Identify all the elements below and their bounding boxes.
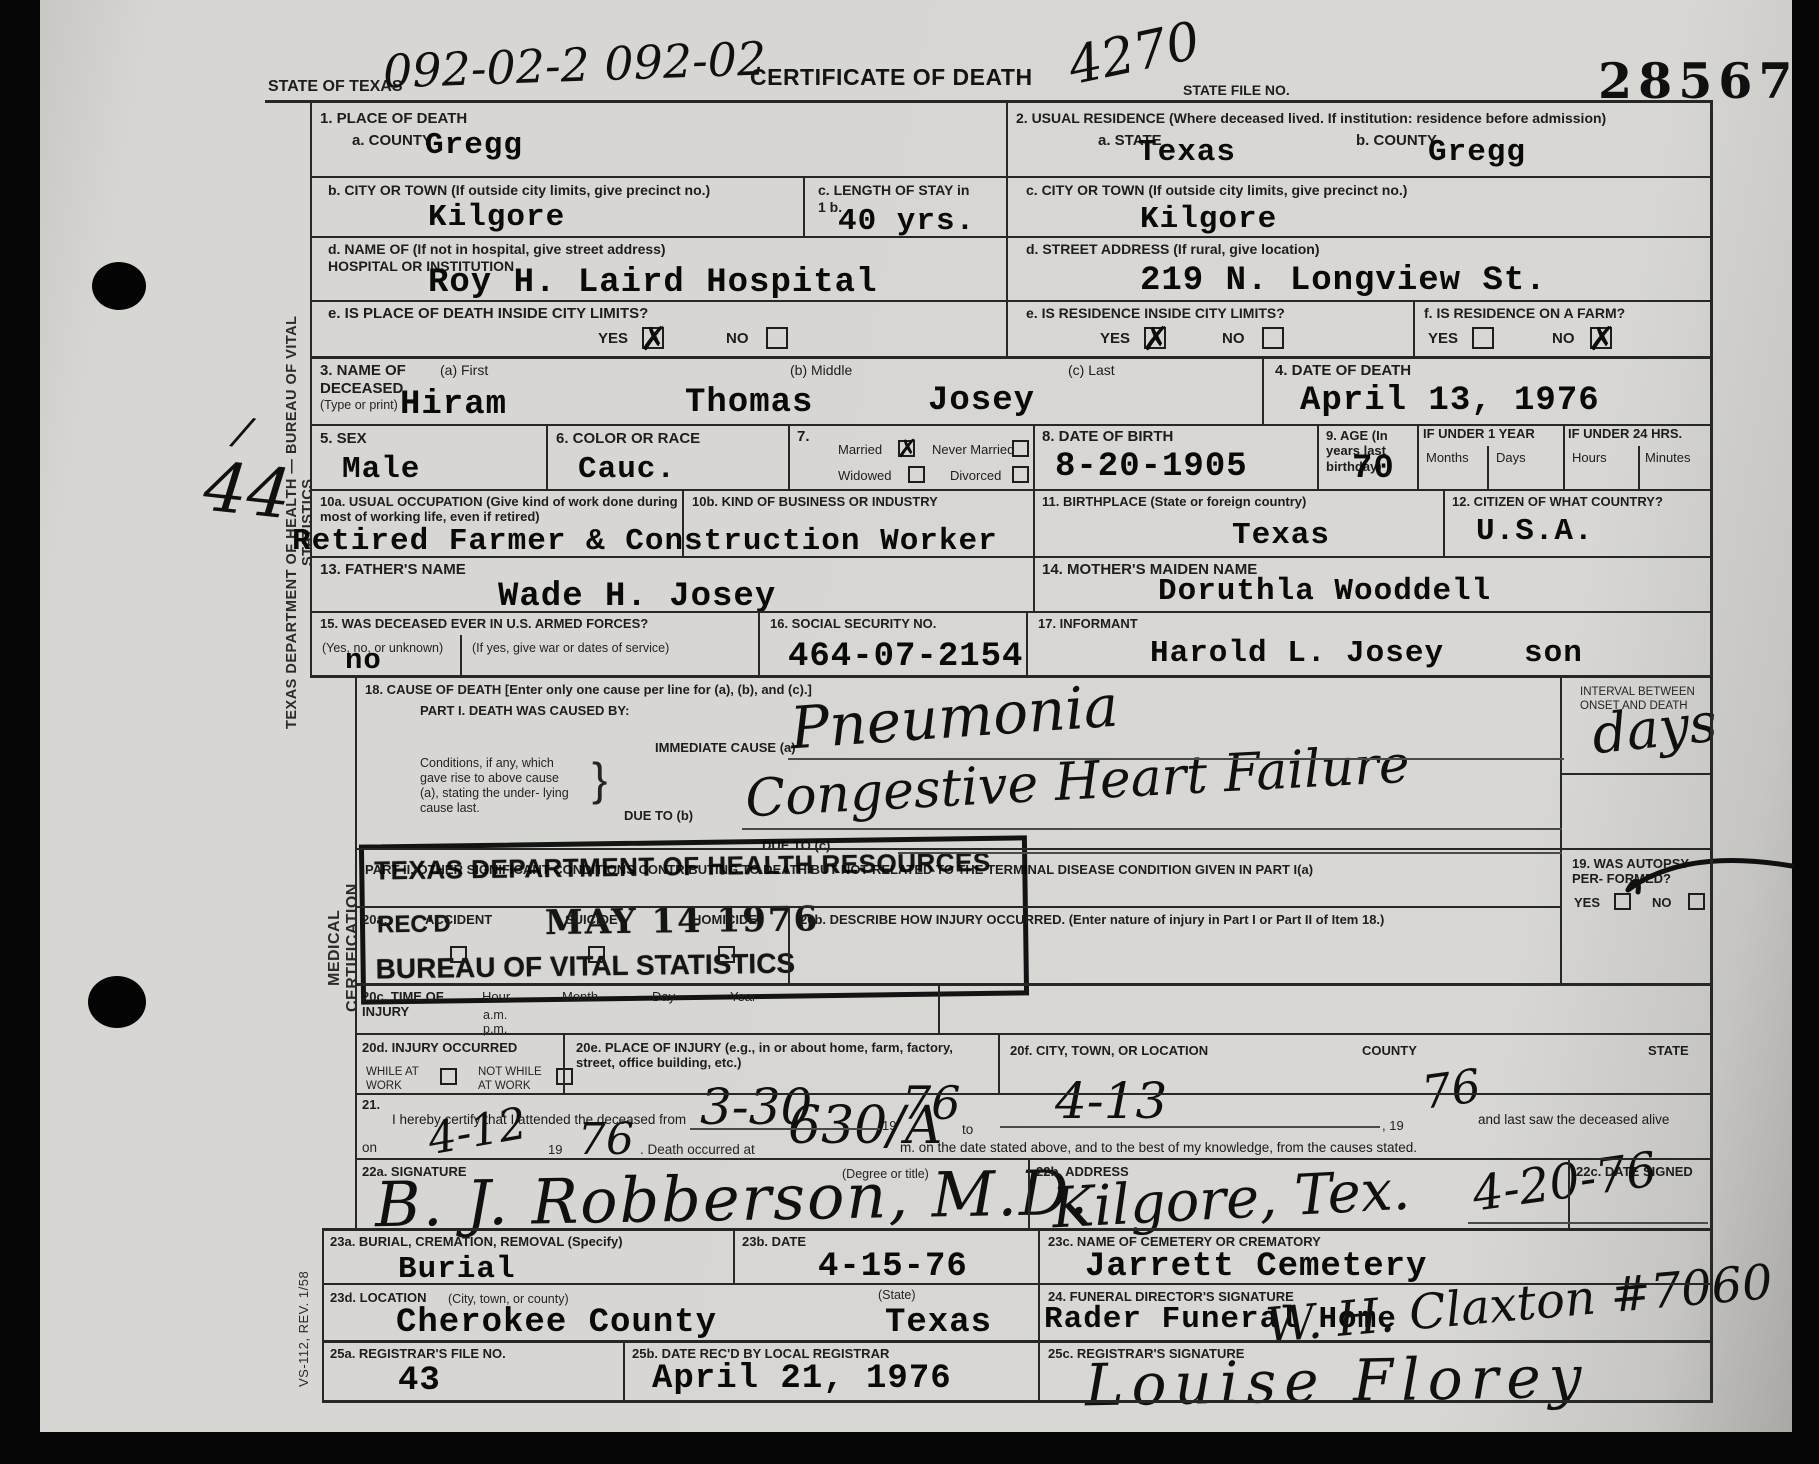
occupation-value: Retired Farmer & Construction Worker bbox=[292, 524, 998, 559]
document-title: CERTIFICATE OF DEATH bbox=[750, 64, 1033, 91]
armed-forces-value: no bbox=[345, 644, 382, 677]
manner-label: 20a. bbox=[362, 912, 387, 927]
race-value: Cauc. bbox=[578, 452, 676, 487]
grid-line bbox=[1417, 424, 1419, 491]
minutes-label: Minutes bbox=[1645, 450, 1691, 465]
mother-name-value: Doruthla Wooddell bbox=[1158, 574, 1491, 609]
grid-line bbox=[1028, 1158, 1030, 1230]
divorced-label: Divorced bbox=[950, 468, 1001, 483]
grid-line bbox=[1413, 300, 1415, 358]
residence-limits-no-label: NO bbox=[1222, 330, 1245, 348]
cemetery-value: Jarrett Cemetery bbox=[1085, 1248, 1427, 1286]
residence-city-label: c. CITY OR TOWN (If outside city limits,… bbox=[1026, 182, 1586, 199]
not-while-at-work-label: NOT WHILE AT WORK bbox=[478, 1066, 548, 1094]
hours-label: Hours bbox=[1572, 450, 1607, 465]
street-address-label: d. STREET ADDRESS (If rural, give locati… bbox=[1026, 241, 1586, 258]
race-label: 6. COLOR OR RACE bbox=[556, 430, 700, 448]
grid-line bbox=[322, 1228, 1712, 1231]
residence-farm-yes-label: YES bbox=[1428, 330, 1458, 348]
grid-line bbox=[322, 1283, 1712, 1285]
punch-hole-top bbox=[92, 262, 146, 310]
certify-number-label: 21. bbox=[362, 1097, 380, 1112]
industry-label: 10b. KIND OF BUSINESS OR INDUSTRY bbox=[692, 494, 1022, 509]
while-at-work-label: WHILE AT WORK bbox=[366, 1066, 432, 1094]
grid-line bbox=[322, 1228, 324, 1402]
last-name-label: (c) Last bbox=[1068, 362, 1115, 379]
suicide-checkbox bbox=[588, 946, 605, 963]
birthplace-label: 11. BIRTHPLACE (State or foreign country… bbox=[1042, 494, 1422, 509]
medical-certification-vertical-caption: MEDICAL CERTIFICATION bbox=[326, 852, 354, 1044]
grid-line bbox=[998, 1033, 1000, 1095]
place-limits-no-label: NO bbox=[726, 330, 749, 348]
grid-line bbox=[563, 1033, 565, 1095]
type-or-print-note: (Type or print) bbox=[320, 398, 398, 413]
conditions-brace: } bbox=[592, 752, 607, 807]
grid-line bbox=[1038, 1228, 1040, 1402]
days-label: Days bbox=[1496, 450, 1526, 465]
accident-checkbox bbox=[450, 946, 467, 963]
months-label: Months bbox=[1426, 450, 1469, 465]
am-label: a.m. bbox=[483, 1008, 507, 1023]
sex-label: 5. SEX bbox=[320, 430, 367, 448]
autopsy-yes-label: YES bbox=[1574, 895, 1600, 910]
interval-value-handwritten: days bbox=[1590, 696, 1720, 763]
never-married-checkbox bbox=[1012, 440, 1029, 457]
grid-line bbox=[623, 1340, 625, 1402]
punch-hole-bottom bbox=[88, 976, 146, 1028]
middle-name-value: Thomas bbox=[685, 384, 813, 422]
grid-line bbox=[310, 236, 1712, 238]
widowed-checkbox bbox=[908, 466, 925, 483]
form-number-vertical-caption: VS-112, REV. 1/58 bbox=[296, 1250, 318, 1408]
marital-status-label: 7. bbox=[797, 428, 810, 446]
grid-line bbox=[355, 1033, 1712, 1035]
ssn-label: 16. SOCIAL SECURITY NO. bbox=[770, 616, 936, 631]
certify-text-2: and last saw the deceased alive bbox=[1478, 1112, 1669, 1128]
grid-line bbox=[355, 675, 357, 1230]
grid-line bbox=[546, 424, 548, 491]
certify-text-3: m. on the date stated above, and to the … bbox=[900, 1140, 1417, 1156]
grid-line bbox=[322, 1400, 1712, 1403]
registrar-file-label: 25a. REGISTRAR'S FILE NO. bbox=[330, 1346, 506, 1361]
handwritten-codes: 092-02-2 092-02 bbox=[382, 35, 767, 94]
grid-line bbox=[1443, 489, 1445, 558]
injury-city-label: 20f. CITY, TOWN, OR LOCATION bbox=[1010, 1043, 1208, 1058]
grid-line bbox=[310, 424, 1712, 426]
grid-line bbox=[803, 176, 805, 238]
grid-line bbox=[898, 852, 1562, 854]
grid-line bbox=[355, 1093, 1712, 1095]
residence-limits-no-checkbox bbox=[1262, 327, 1284, 349]
date-of-birth-label: 8. DATE OF BIRTH bbox=[1042, 428, 1173, 446]
on-year-handwritten: 76 bbox=[578, 1118, 634, 1162]
year-prefix-3: 19 bbox=[548, 1142, 562, 1158]
under-24-hrs-label: IF UNDER 24 HRS. bbox=[1568, 426, 1710, 441]
grid-line bbox=[460, 635, 462, 677]
grid-line bbox=[1568, 1158, 1570, 1230]
first-name-value: Hiram bbox=[400, 386, 507, 424]
date-of-death-value: April 13, 1976 bbox=[1300, 382, 1600, 420]
grid-line bbox=[938, 983, 940, 1035]
registrar-signature-handwritten: Louise Florey bbox=[1085, 1348, 1590, 1415]
accident-label: ACCIDENT bbox=[425, 912, 492, 927]
informant-value: Harold L. Josey bbox=[1150, 636, 1444, 671]
armed-forces-label: 15. WAS DECEASED EVER IN U.S. ARMED FORC… bbox=[320, 616, 770, 631]
scanned-death-certificate: STATE OF TEXAS 092-02-2 092-02 CERTIFICA… bbox=[0, 0, 1819, 1464]
grid-line bbox=[355, 983, 1712, 986]
injury-state-label: STATE bbox=[1648, 1043, 1689, 1058]
grid-line bbox=[355, 848, 1712, 850]
grid-line bbox=[1638, 446, 1640, 491]
burial-location-state-value: Texas bbox=[885, 1304, 992, 1342]
grid-line bbox=[682, 489, 684, 558]
hour-label: Hour bbox=[482, 989, 510, 1004]
grid-line bbox=[1560, 675, 1562, 985]
grid-line bbox=[1317, 424, 1319, 491]
homicide-checkbox bbox=[718, 946, 735, 963]
middle-name-label: (b) Middle bbox=[790, 362, 852, 379]
place-limits-yes-checkbox bbox=[642, 327, 664, 349]
grid-line bbox=[355, 1158, 1712, 1160]
homicide-label: HOMICIDE bbox=[692, 912, 757, 927]
date-of-birth-value: 8-20-1905 bbox=[1055, 448, 1248, 486]
grid-line bbox=[1000, 1126, 1380, 1128]
burial-label: 23a. BURIAL, CREMATION, REMOVAL (Specify… bbox=[330, 1234, 623, 1249]
divorced-checkbox bbox=[1012, 466, 1029, 483]
month-label: Month bbox=[562, 989, 598, 1004]
age-value: 70 bbox=[1352, 450, 1395, 488]
date-recd-value: April 21, 1976 bbox=[652, 1360, 952, 1398]
physician-signature-handwritten: B. J. Robberson, M.D. bbox=[375, 1162, 1091, 1236]
ssn-value: 464-07-2154 bbox=[788, 638, 1023, 676]
grid-line bbox=[310, 611, 1712, 613]
widowed-label: Widowed bbox=[838, 468, 891, 483]
burial-value: Burial bbox=[398, 1252, 516, 1287]
year-label: Year bbox=[730, 989, 756, 1004]
grid-line bbox=[1026, 611, 1028, 677]
hospital-value: Roy H. Laird Hospital bbox=[428, 264, 877, 302]
occupation-label: 10a. USUAL OCCUPATION (Give kind of work… bbox=[320, 494, 690, 525]
suicide-label: SUICIDE bbox=[565, 912, 618, 927]
place-city-value: Kilgore bbox=[428, 200, 565, 235]
residence-state-value: Texas bbox=[1138, 135, 1236, 170]
injury-county-label: COUNTY bbox=[1362, 1043, 1417, 1058]
grid-line bbox=[310, 556, 1712, 558]
grid-line bbox=[1562, 773, 1712, 775]
grid-line bbox=[1563, 424, 1565, 491]
burial-location-city-value: Cherokee County bbox=[396, 1304, 717, 1342]
while-at-work-checkbox bbox=[440, 1068, 457, 1085]
residence-farm-no-checkbox bbox=[1590, 327, 1612, 349]
grid-line bbox=[733, 1228, 735, 1285]
last-name-value: Josey bbox=[928, 382, 1035, 420]
informant-label: 17. INFORMANT bbox=[1038, 616, 1138, 631]
residence-limits-yes-label: YES bbox=[1100, 330, 1130, 348]
place-city-label: b. CITY OR TOWN (If outside city limits,… bbox=[328, 182, 808, 199]
grid-line bbox=[310, 176, 1712, 178]
grid-line bbox=[310, 300, 1712, 302]
grid-line bbox=[1033, 424, 1035, 612]
place-of-injury-label: 20e. PLACE OF INJURY (e.g., in or about … bbox=[576, 1040, 986, 1071]
place-limits-yes-label: YES bbox=[598, 330, 628, 348]
due-to-b-label: DUE TO (b) bbox=[624, 808, 693, 823]
under-1-year-label: IF UNDER 1 YEAR bbox=[1423, 426, 1563, 441]
residence-limits-yes-checkbox bbox=[1144, 327, 1166, 349]
grid-line bbox=[355, 906, 1562, 908]
place-limits-no-checkbox bbox=[766, 327, 788, 349]
to-year-handwritten: 76 bbox=[1419, 1062, 1483, 1116]
registrar-file-value: 43 bbox=[398, 1362, 441, 1400]
on-label: on bbox=[362, 1140, 377, 1156]
conditions-note: Conditions, if any, which gave rise to a… bbox=[420, 756, 580, 816]
grid-line bbox=[690, 1128, 880, 1130]
grid-line bbox=[1006, 103, 1008, 358]
place-city-limits-label: e. IS PLACE OF DEATH INSIDE CITY LIMITS? bbox=[328, 305, 648, 323]
residence-county-label: b. COUNTY bbox=[1356, 132, 1437, 150]
never-married-label: Never Married bbox=[932, 442, 1014, 457]
grid-line bbox=[1468, 1222, 1708, 1224]
grid-line bbox=[788, 424, 790, 491]
sex-value: Male bbox=[342, 452, 420, 487]
state-file-no-label: STATE FILE NO. bbox=[1183, 82, 1290, 99]
immediate-cause-label: IMMEDIATE CAUSE (a) bbox=[655, 740, 796, 755]
residence-label: 2. USUAL RESIDENCE (Where deceased lived… bbox=[1016, 110, 1706, 127]
armed-forces-note2: (If yes, give war or dates of service) bbox=[472, 641, 669, 656]
citizen-label: 12. CITIZEN OF WHAT COUNTRY? bbox=[1452, 494, 1702, 509]
length-of-stay-value: 40 yrs. bbox=[838, 204, 975, 239]
injury-occurred-label: 20d. INJURY OCCURRED bbox=[362, 1040, 517, 1055]
margin-note-44: 44 bbox=[201, 454, 294, 531]
place-county-label: a. COUNTY bbox=[352, 132, 432, 150]
grid-line bbox=[788, 906, 790, 985]
describe-injury-label: 20b. DESCRIBE HOW INJURY OCCURRED. (Ente… bbox=[800, 912, 1550, 927]
attended-to-date-handwritten: 4-13 bbox=[1055, 1076, 1167, 1126]
grid-line bbox=[322, 1340, 1712, 1343]
grid-line bbox=[1710, 100, 1713, 1403]
residence-farm-no-label: NO bbox=[1552, 330, 1575, 348]
grid-line bbox=[742, 828, 1562, 830]
grid-line bbox=[1487, 446, 1489, 491]
to-label: to bbox=[962, 1122, 973, 1138]
grid-line bbox=[310, 100, 312, 677]
time-of-injury-label: 20c. TIME OF INJURY bbox=[362, 989, 472, 1020]
grid-line bbox=[310, 675, 1712, 678]
burial-date-label: 23b. DATE bbox=[742, 1234, 806, 1249]
married-label: Married bbox=[838, 442, 882, 457]
grid-line bbox=[788, 758, 1564, 760]
residence-farm-yes-checkbox bbox=[1472, 327, 1494, 349]
grid-line bbox=[265, 100, 1712, 103]
first-name-label: (a) First bbox=[440, 362, 488, 379]
place-of-death-label: 1. PLACE OF DEATH bbox=[320, 110, 467, 128]
birthplace-value: Texas bbox=[1232, 518, 1330, 553]
day-label: Day bbox=[652, 989, 675, 1004]
street-address-value: 219 N. Longview St. bbox=[1140, 262, 1547, 300]
date-of-death-label: 4. DATE OF DEATH bbox=[1275, 362, 1411, 380]
grid-line bbox=[310, 356, 1712, 359]
residence-county-value: Gregg bbox=[1428, 135, 1526, 170]
burial-date-value: 4-15-76 bbox=[818, 1248, 968, 1286]
married-checkbox bbox=[898, 440, 915, 457]
year-prefix-2: , 19 bbox=[1382, 1118, 1404, 1134]
grid-line bbox=[310, 489, 1712, 491]
grid-line bbox=[1262, 356, 1264, 426]
informant-relation: son bbox=[1524, 636, 1583, 671]
part1-label: PART I. DEATH WAS CAUSED BY: bbox=[420, 703, 629, 718]
citizen-value: U.S.A. bbox=[1476, 514, 1594, 549]
place-county-value: Gregg bbox=[425, 128, 523, 163]
father-name-label: 13. FATHER'S NAME bbox=[320, 561, 466, 579]
state-label: STATE OF TEXAS bbox=[268, 78, 403, 97]
death-occurred-label: . Death occurred at bbox=[640, 1142, 755, 1158]
residence-city-value: Kilgore bbox=[1140, 202, 1277, 237]
state-note: (State) bbox=[878, 1288, 916, 1303]
grid-line bbox=[758, 611, 760, 677]
armed-forces-note1: (Yes, no, or unknown) bbox=[322, 641, 443, 656]
